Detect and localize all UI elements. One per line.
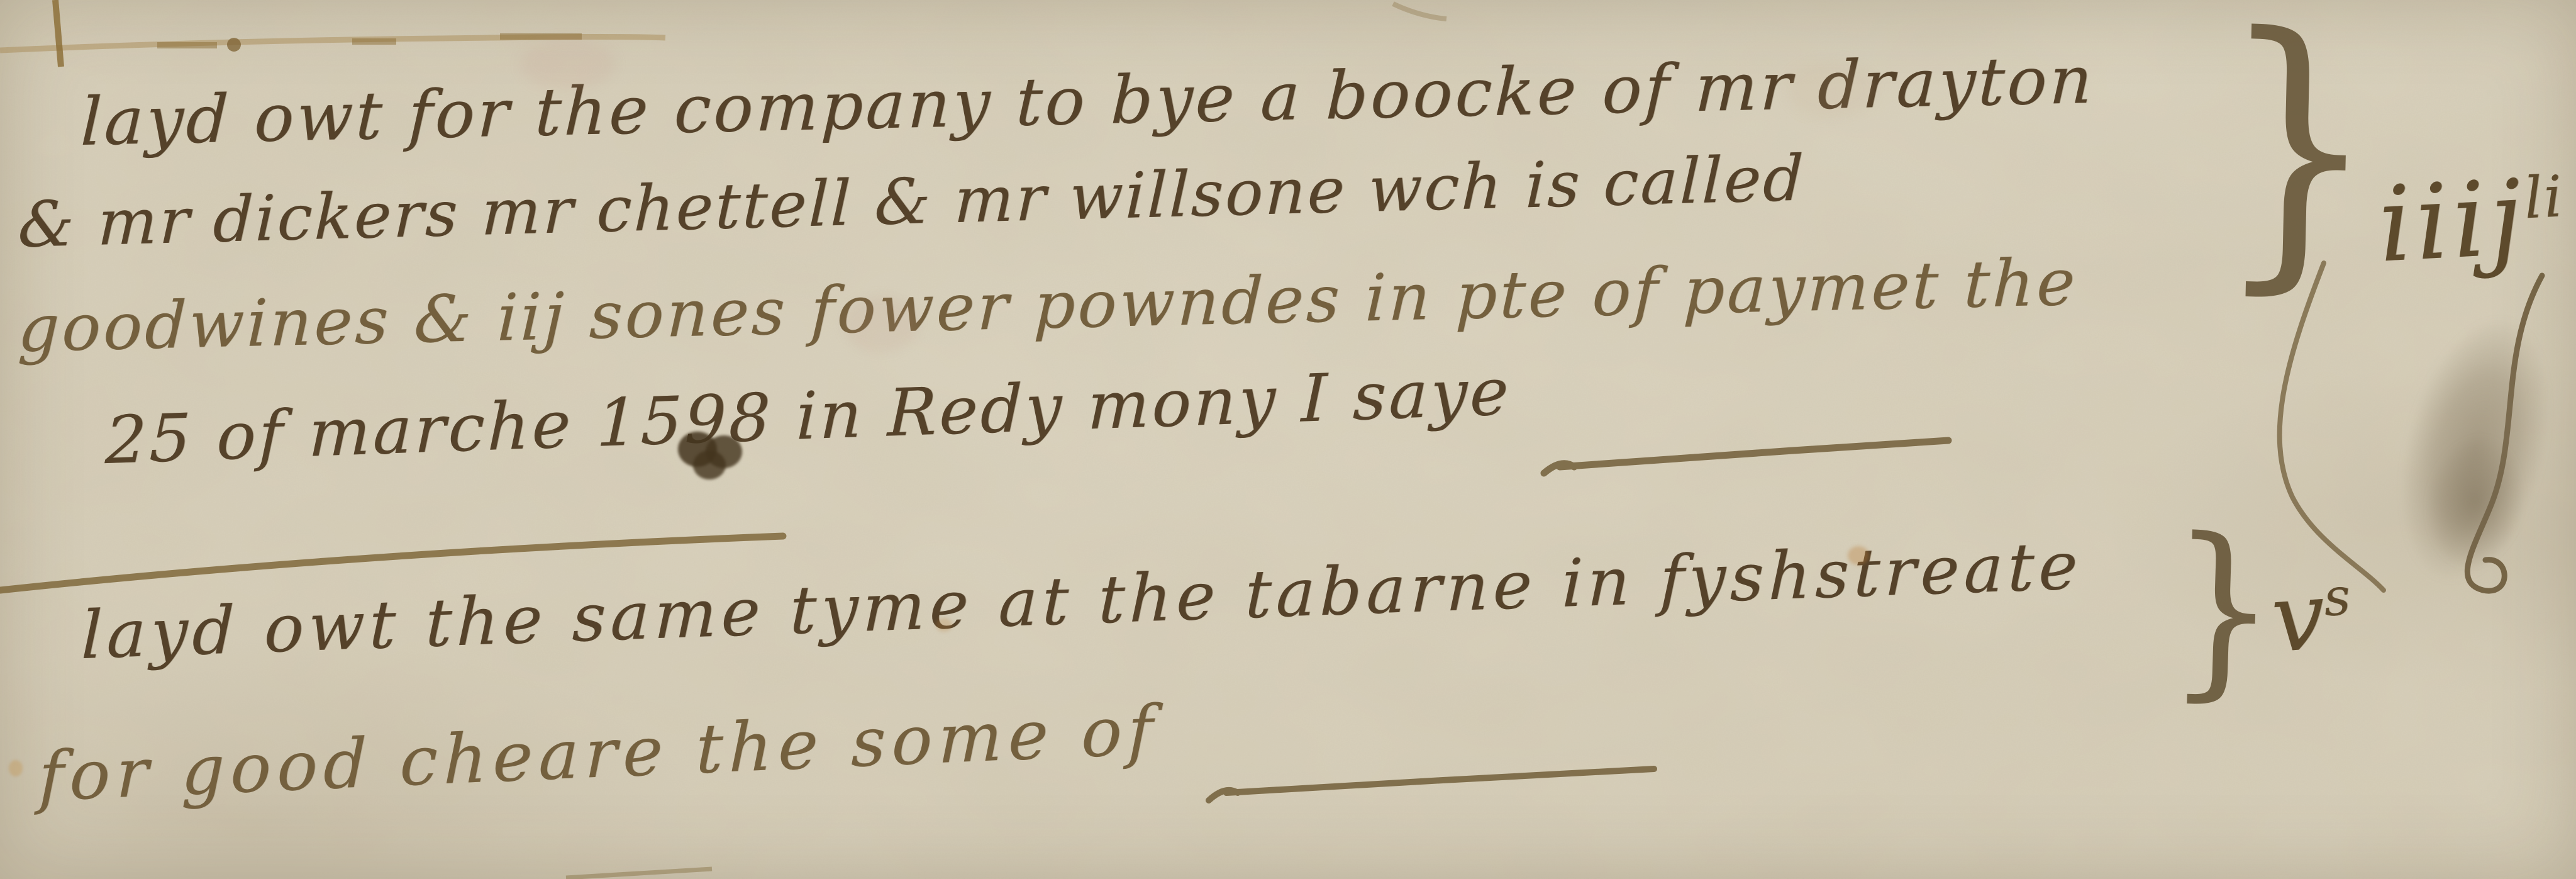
entry2-amount: vs xyxy=(2268,567,2356,667)
manuscript-page: layd owt for the company to bye a boocke… xyxy=(0,0,2576,879)
entry1-line3: goodwines & iij sones fower powndes in p… xyxy=(17,250,2079,362)
scraped-entry-line xyxy=(0,36,665,50)
flourish-dash-entry1 xyxy=(1544,440,1948,473)
entry1-amount-brace: } xyxy=(2215,30,2380,266)
margin-pen-stroke xyxy=(55,0,61,67)
entry2-amount-unit: s xyxy=(2321,566,2353,629)
flourish-through-blot xyxy=(2467,276,2542,591)
ink-smudge-core xyxy=(2416,427,2535,577)
flourish-dash-entry2 xyxy=(1209,769,1654,800)
ink-smudge-large xyxy=(2375,302,2575,598)
entry2-line1: layd owt the same tyme at the tabarne in… xyxy=(80,533,2082,669)
entry1-line4: 25 of marche 1598 in Redy mony I saye xyxy=(104,359,1511,473)
entry2-amount-value: v xyxy=(2268,561,2329,674)
faint-top-mark xyxy=(1393,4,1446,19)
entry1-line1: layd owt for the company to bye a boocke… xyxy=(80,47,2096,155)
entry1-amount: iiijli xyxy=(2376,164,2567,277)
entry1-amount-value: iiij xyxy=(2375,157,2528,286)
scraped-line-dark-segments xyxy=(157,36,582,45)
paper-stain xyxy=(9,760,23,776)
bottom-partial-rule xyxy=(566,869,712,878)
ink-dot xyxy=(227,38,241,52)
entry1-amount-unit: li xyxy=(2523,164,2565,232)
entry2-line2: for good cheare the some of xyxy=(38,697,1159,812)
entry2-amount-brace: } xyxy=(2167,534,2279,685)
entry1-line2: & mr dickers mr chettell & mr willsone w… xyxy=(17,147,1806,257)
